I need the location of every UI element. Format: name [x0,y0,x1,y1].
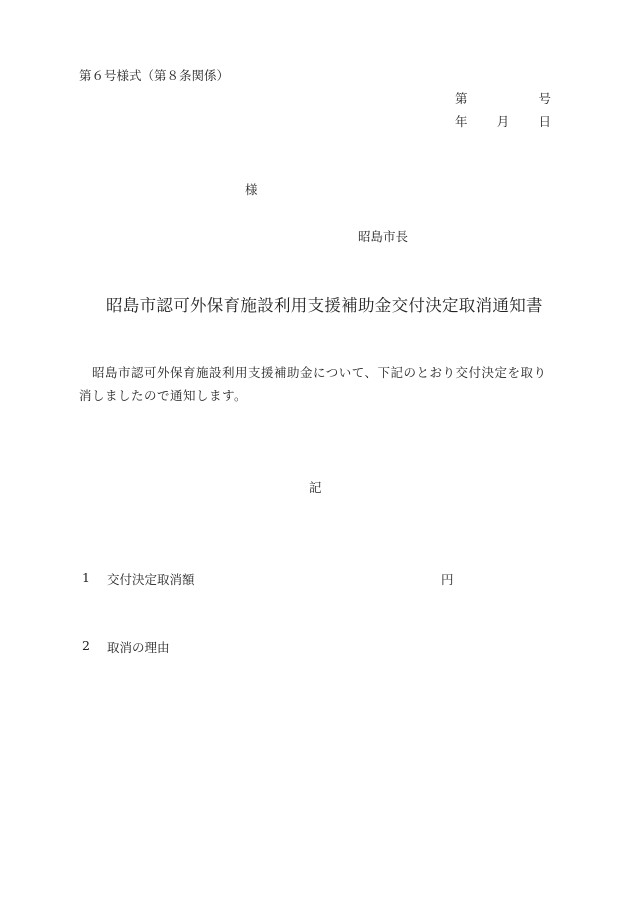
ki-heading: 記 [309,478,322,496]
date-line: 年 月 日 [455,112,551,130]
item-1-number: 1 [82,570,90,585]
body-paragraph: 昭島市認可外保育施設利用支援補助金について、下記のとおり交付決定を取り消しました… [79,361,559,407]
form-number-label: 第６号様式（第８条関係） [79,66,229,84]
document-number-line: 第 号 [455,89,551,107]
document-title: 昭島市認可外保育施設利用支援補助金交付決定取消通知書 [106,292,543,316]
issuer: 昭島市長 [358,227,408,245]
date-day: 日 [538,112,551,130]
item-2-number: 2 [82,638,90,653]
number-prefix: 第 [455,89,468,107]
item-2-label: 取消の理由 [107,638,170,656]
number-suffix: 号 [538,89,551,107]
date-year: 年 [455,112,468,130]
item-1-label: 交付決定取消額 [107,570,195,588]
item-1-unit: 円 [441,570,454,588]
date-month: 月 [497,112,510,130]
addressee-honorific: 様 [245,180,258,198]
